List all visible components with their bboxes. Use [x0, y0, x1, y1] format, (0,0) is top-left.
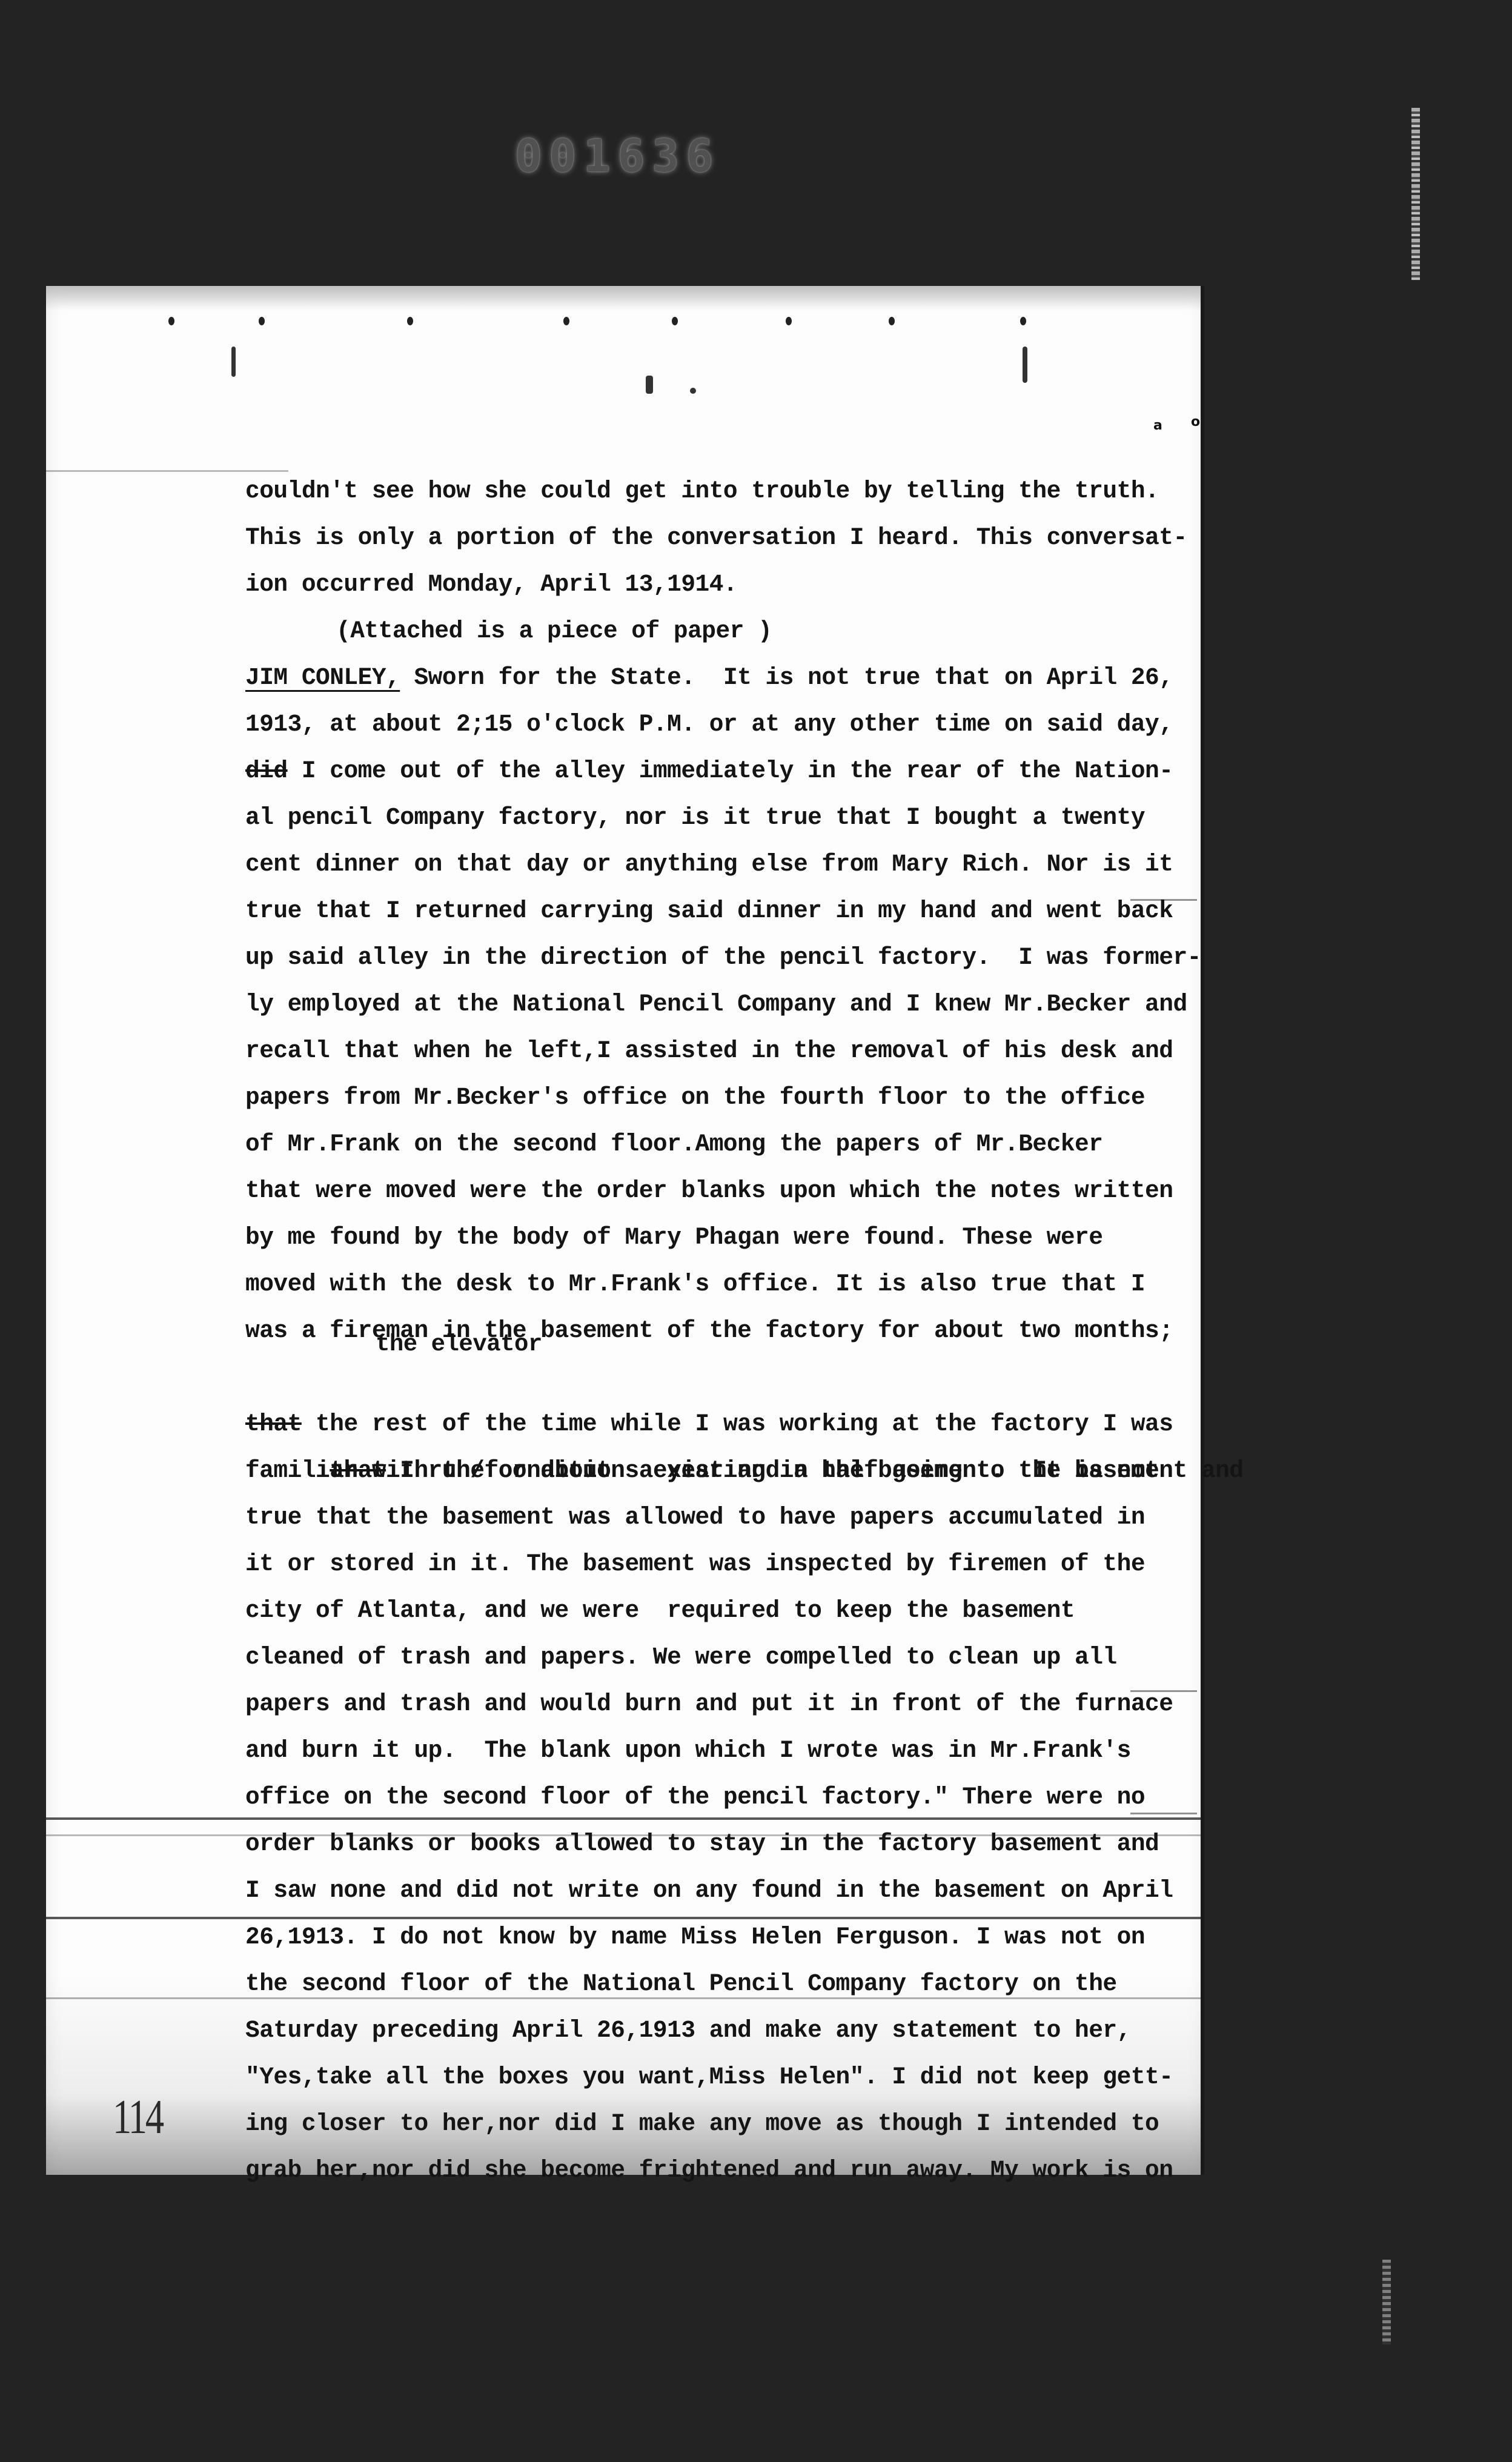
- ink-blot: [231, 347, 236, 377]
- text-line: order blanks or books allowed to stay in…: [245, 1820, 1190, 1867]
- binding-hole: [889, 317, 895, 325]
- binding-hole: [786, 317, 792, 325]
- text-line: true that the basement was allowed to ha…: [245, 1494, 1190, 1541]
- text-line: office on the second floor of the pencil…: [245, 1774, 1190, 1820]
- corner-mark-o: o: [1191, 414, 1200, 430]
- text-line: that were moved were the order blanks up…: [245, 1167, 1190, 1214]
- text-line: cleaned of trash and papers. We were com…: [245, 1634, 1190, 1681]
- text-line: ing closer to her,nor did I make any mov…: [245, 2100, 1190, 2147]
- film-edge-mark-lower: [1382, 2260, 1391, 2344]
- text-line: recall that when he left,I assisted in t…: [245, 1027, 1190, 1074]
- text-line: ly employed at the National Pencil Compa…: [245, 981, 1190, 1027]
- typed-transcript: couldn't see how she could get into trou…: [245, 468, 1190, 2194]
- page-top-shadow: [46, 286, 1204, 310]
- ink-blot: [646, 376, 653, 394]
- text-line: familiar with the conditions existing in…: [245, 1447, 1190, 1494]
- film-edge-mark: [1411, 108, 1420, 280]
- page-right-edge: [1201, 286, 1204, 2175]
- page-margin-number: 114: [113, 2090, 162, 2145]
- binding-hole: [259, 317, 265, 325]
- text-line: it or stored in it. The basement was ins…: [245, 1541, 1190, 1587]
- document-page: a o couldn't see how she could get into …: [46, 286, 1204, 2175]
- text-line: I saw none and did not write on any foun…: [245, 1867, 1190, 1914]
- text-line: "Yes,take all the boxes you want,Miss He…: [245, 2054, 1190, 2100]
- text-line: al pencil Company factory, nor is it tru…: [245, 794, 1190, 841]
- text-line: moved with the desk to Mr.Frank's office…: [245, 1261, 1190, 1307]
- text-line: true that I returned carrying said dinne…: [245, 888, 1190, 934]
- text-line: ion occurred Monday, April 13,1914.: [245, 561, 1190, 608]
- corner-mark-a: a: [1153, 418, 1162, 433]
- text-line: the elevator that I run/for about a year…: [245, 1354, 1190, 1401]
- attachment-note: (Attached is a piece of paper ): [245, 608, 1190, 654]
- text-line: 1913, at about 2;15 o'clock P.M. or at a…: [245, 701, 1190, 748]
- text-line: JIM CONLEY, Sworn for the State. It is n…: [245, 654, 1190, 701]
- text-line: couldn't see how she could get into trou…: [245, 468, 1190, 514]
- binding-hole: [407, 317, 413, 325]
- text-line: cent dinner on that day or anything else…: [245, 841, 1190, 888]
- binding-hole: [168, 317, 174, 325]
- text-line: by me found by the body of Mary Phagan w…: [245, 1214, 1190, 1261]
- binding-hole: [1020, 317, 1026, 325]
- text-line: This is only a portion of the conversati…: [245, 514, 1190, 561]
- binding-hole: [672, 317, 678, 325]
- microfilm-frame-number: 001636: [515, 130, 720, 182]
- interlinear-insertion: the elevator: [376, 1332, 542, 1356]
- ink-blot: [1023, 347, 1027, 383]
- text-line: Saturday preceding April 26,1913 and mak…: [245, 2007, 1190, 2054]
- ink-blot: [690, 388, 696, 394]
- struck-word: did: [245, 757, 288, 785]
- text-line: papers and trash and would burn and put …: [245, 1681, 1190, 1727]
- text-line: city of Atlanta, and we were required to…: [245, 1587, 1190, 1634]
- witness-name: JIM CONLEY,: [245, 664, 400, 691]
- text-line: up said alley in the direction of the pe…: [245, 934, 1190, 981]
- binding-hole: [563, 317, 569, 325]
- text-line: of Mr.Frank on the second floor.Among th…: [245, 1121, 1190, 1167]
- struck-word: that: [245, 1410, 302, 1438]
- text-line: and burn it up. The blank upon which I w…: [245, 1727, 1190, 1774]
- text-line: grab her,nor did she become frightened a…: [245, 2147, 1190, 2194]
- text-line: did I come out of the alley immediately …: [245, 748, 1190, 794]
- text-line: papers from Mr.Becker's office on the fo…: [245, 1074, 1190, 1121]
- text-line: the second floor of the National Pencil …: [245, 1960, 1190, 2007]
- text-line: that the rest of the time while I was wo…: [245, 1401, 1190, 1447]
- text-line: 26,1913. I do not know by name Miss Hele…: [245, 1914, 1190, 1960]
